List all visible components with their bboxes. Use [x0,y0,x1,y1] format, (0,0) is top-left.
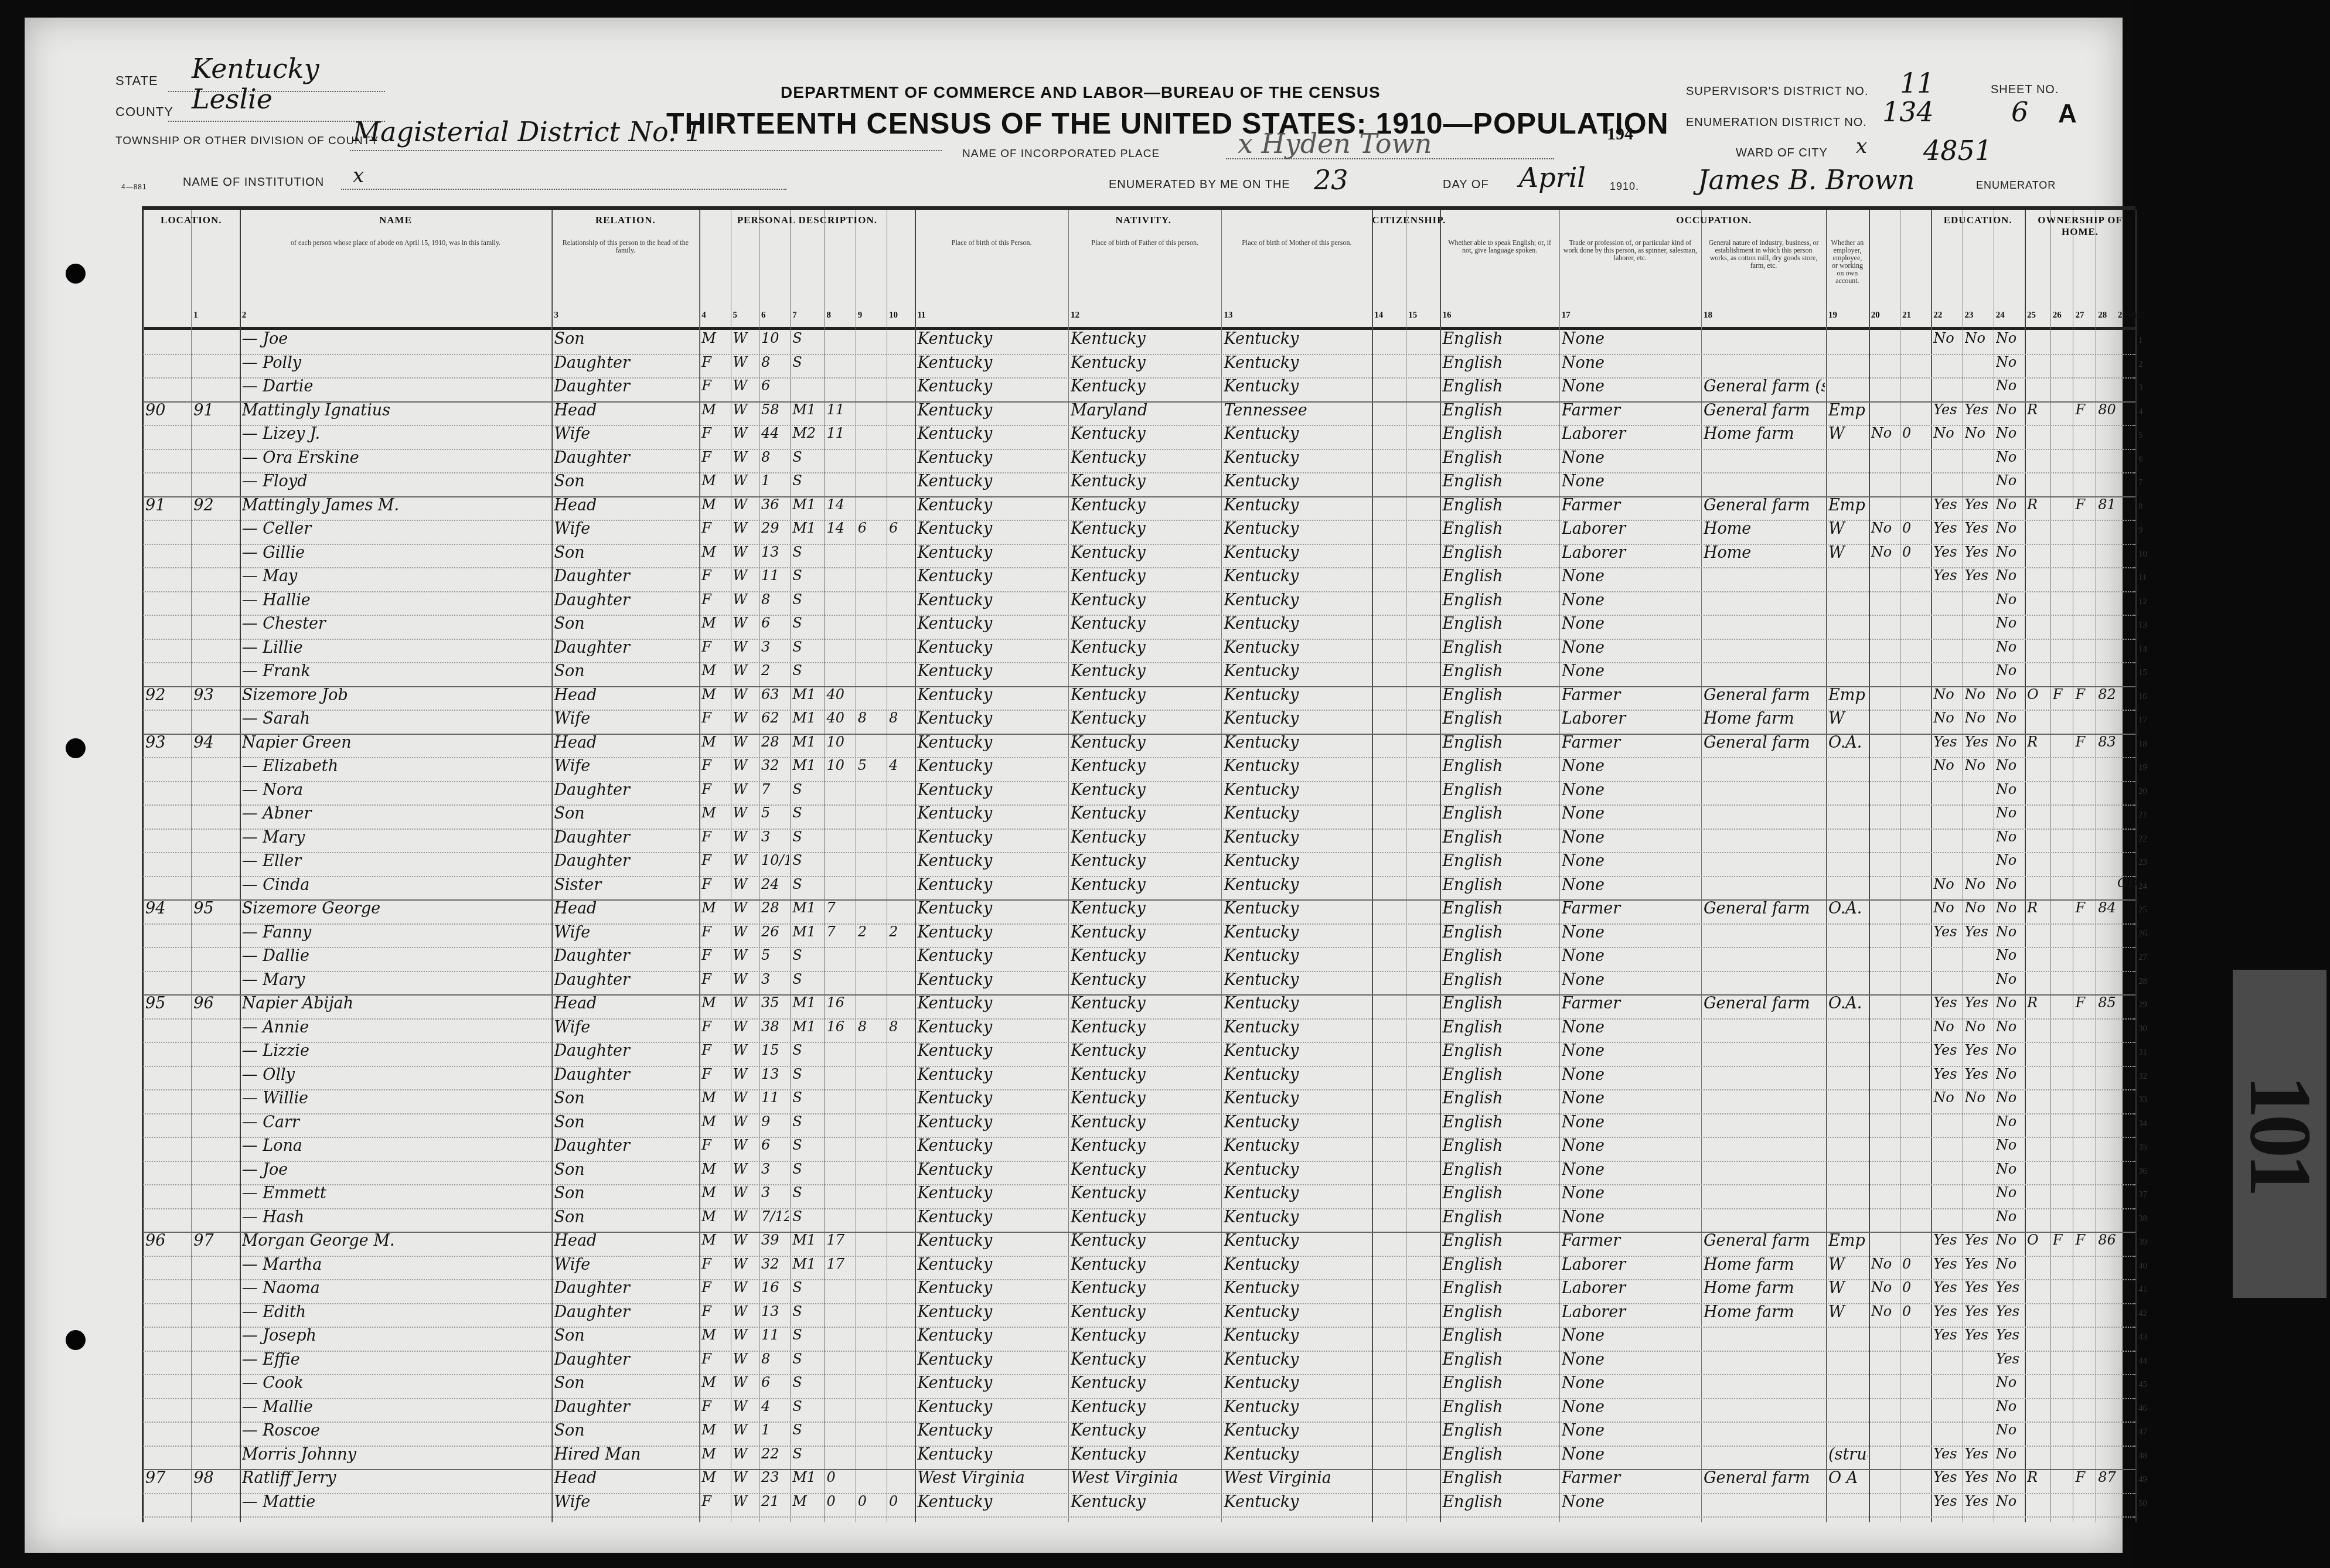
line-number: 8 [2138,502,2143,512]
cell-yrs [826,1374,854,1395]
line-number: 12 [2138,597,2147,607]
cell-c15 [1374,757,1405,778]
cell-c15 [1374,947,1405,968]
cell-sex: F [701,1066,729,1087]
form-code: 4—881 [121,183,147,191]
cell-race: W [733,1256,758,1277]
cell-c16 [1408,544,1439,565]
cell-yrs [826,1208,854,1229]
cell-emp: W [1828,1256,1868,1277]
cell-race: W [733,449,758,470]
cell-mar: S [792,1089,823,1110]
cell-c15 [1374,401,1405,422]
cell-rel: Head [554,401,698,422]
cell-farm [2075,947,2094,968]
cell-farm [2075,1279,2094,1300]
cell-sched: 84 [2098,899,2134,921]
line-number: 34 [2138,1119,2147,1129]
cell-sex: M [701,1208,729,1229]
cell-dw [145,567,190,588]
punch-hole [66,1330,86,1350]
cell-farm [2075,1208,2094,1229]
cell-free [2053,971,2072,992]
cell-sched [2098,1256,2134,1277]
cell-read [1933,639,1961,660]
cell-trade: None [1562,781,1700,802]
cell-school: No [1996,1493,2024,1514]
cell-born [858,615,885,636]
cell-born [858,1089,885,1110]
cell-c22 [1902,1089,1930,1110]
cell-write: Yes [1965,520,1992,541]
cell-dw [145,1089,190,1110]
cell-ind: General farm [1704,496,1825,517]
cell-own [2027,1137,2049,1158]
cell-emp [1828,923,1868,945]
cell-farm [2075,829,2094,850]
township-value: Magisterial District No. 1 [353,116,702,148]
cell-mar: S [792,1422,823,1443]
cell-sex: F [701,591,729,612]
cell-c16 [1408,1256,1439,1277]
cell-age: 15 [761,1042,789,1063]
cell-write [1965,1137,1992,1158]
cell-free [2053,994,2072,1015]
cell-name: — Cook [242,1374,551,1395]
cell-age: 6 [761,615,789,636]
cell-write: Yes [1965,994,1992,1015]
cell-school: No [1996,544,2024,565]
cell-c16 [1408,639,1439,660]
cell-c21 [1871,615,1899,636]
cell-trade: None [1562,1374,1700,1395]
cell-bm: Kentucky [1224,994,1371,1015]
table-row: 9798Ratliff JerryHeadMW23M10West Virgini… [143,1469,2135,1494]
cell-dw: 97 [145,1469,190,1490]
cell-c21 [1871,1184,1899,1205]
cell-c21 [1871,1066,1899,1087]
cell-school: No [1996,1066,2024,1087]
cell-sex: M [701,686,729,707]
cell-lang: English [1442,876,1558,897]
table-row: — AnnieWifeFW38M11688KentuckyKentuckyKen… [143,1018,2135,1044]
cell-born [858,1351,885,1372]
cell-fam [193,710,238,731]
cell-lang: English [1442,1184,1558,1205]
cell-c15 [1374,1446,1405,1467]
cell-bp: Kentucky [917,971,1067,992]
cell-bp: Kentucky [917,1208,1067,1229]
cell-c16 [1408,829,1439,850]
cell-ind [1704,1446,1825,1467]
cell-c15 [1374,1184,1405,1205]
cell-school: No [1996,994,2024,1015]
cell-c15 [1374,876,1405,897]
column-number: 24 [1996,311,2005,321]
cell-living [889,639,914,660]
line-number: 21 [2138,810,2147,820]
cell-rel: Son [554,1089,698,1110]
cell-age: 6 [761,377,789,398]
cell-dw [145,1208,190,1229]
cell-farm [2075,1089,2094,1110]
cell-own [2027,567,2049,588]
cell-race: W [733,1493,758,1514]
cell-c22 [1902,1469,1930,1490]
cell-trade: Farmer [1562,1469,1700,1490]
cell-sex: F [701,1279,729,1300]
line-number: 16 [2138,692,2147,702]
cell-race: W [733,472,758,493]
cell-lang: English [1442,1137,1558,1158]
cell-living: 4 [889,757,914,778]
cell-own: R [2027,401,2049,422]
cell-fam [193,449,238,470]
cell-read: No [1933,1018,1961,1039]
cell-lang: English [1442,472,1558,493]
cell-school: No [1996,1469,2024,1490]
cell-lang: English [1442,923,1558,945]
cell-race: W [733,899,758,921]
cell-school: No [1996,354,2024,375]
cell-born [858,1398,885,1419]
cell-bm: Kentucky [1224,734,1371,755]
cell-c21 [1871,899,1899,921]
cell-born [858,1113,885,1134]
cell-farm [2075,354,2094,375]
cell-trade: None [1562,805,1700,826]
cell-mar: S [792,330,823,351]
cell-read [1933,354,1961,375]
cell-trade: None [1562,1089,1700,1110]
line-number: 6 [2138,455,2143,465]
cell-rel: Head [554,496,698,517]
cell-sex: M [701,662,729,683]
cell-ind [1704,330,1825,351]
cell-c22 [1902,1398,1930,1419]
cell-name: — Effie [242,1351,551,1372]
cell-yrs [826,852,854,873]
cell-trade: None [1562,1208,1700,1229]
cell-own [2027,662,2049,683]
cell-read [1933,1137,1961,1158]
cell-name: Mattingly James M. [242,496,551,517]
sheet-number: 6 [2011,96,2028,128]
cell-c22 [1902,1066,1930,1087]
margin-note: 4851 [1923,135,1992,166]
cell-name: Sizemore George [242,899,551,921]
cell-c21 [1871,805,1899,826]
cell-born [858,1232,885,1253]
cell-dw [145,876,190,897]
cell-bf: West Virginia [1071,1469,1221,1490]
cell-born [858,639,885,660]
cell-emp [1828,1113,1868,1134]
cell-bp: West Virginia [917,1469,1067,1490]
column-number: 13 [1224,311,1232,321]
cell-lang: English [1442,734,1558,755]
cell-read [1933,1374,1961,1395]
cell-trade: None [1562,1398,1700,1419]
cell-bp: Kentucky [917,1018,1067,1039]
cell-lang: English [1442,805,1558,826]
table-row: — FrankSonMW2SKentuckyKentuckyKentuckyEn… [143,662,2135,687]
cell-c22 [1902,1327,1930,1348]
cell-farm [2075,1042,2094,1063]
cell-bf: Kentucky [1071,805,1221,826]
cell-emp: W [1828,1303,1868,1324]
cell-bf: Kentucky [1071,1374,1221,1395]
cell-bm: Kentucky [1224,1398,1371,1419]
table-row: — DartieDaughterFW6KentuckyKentuckyKentu… [143,377,2135,403]
cell-age: 3 [761,829,789,850]
cell-bp: Kentucky [917,899,1067,921]
cell-name: — Lizey J. [242,425,551,446]
cell-name: — Mallie [242,1398,551,1419]
table-row: — NaomaDaughterFW16SKentuckyKentuckyKent… [143,1279,2135,1304]
cell-write [1965,662,1992,683]
line-number: 4 [2138,407,2143,417]
cell-bf: Kentucky [1071,544,1221,565]
cell-bf: Kentucky [1071,639,1221,660]
cell-dw [145,1422,190,1443]
cell-free [2053,1208,2072,1229]
cell-free [2053,354,2072,375]
cell-sex: F [701,710,729,731]
cell-bp: Kentucky [917,781,1067,802]
cell-rel: Head [554,734,698,755]
column-number: 1 [193,311,198,321]
cell-name: — Hallie [242,591,551,612]
cell-sex: M [701,544,729,565]
cell-farm: F [2075,734,2094,755]
cell-bm: Kentucky [1224,1018,1371,1039]
cell-ind [1704,1018,1825,1039]
cell-name: — May [242,567,551,588]
cell-name: — Lillie [242,639,551,660]
cell-bp: Kentucky [917,1184,1067,1205]
cell-ind: General farm [1704,686,1825,707]
cell-c21 [1871,1469,1899,1490]
line-number: 46 [2138,1404,2147,1414]
cell-yrs: 16 [826,1018,854,1039]
cell-emp [1828,354,1868,375]
table-row: — CarrSonMW9SKentuckyKentuckyKentuckyEng… [143,1113,2135,1138]
cell-born [858,591,885,612]
cell-trade: Farmer [1562,686,1700,707]
cell-farm [2075,544,2094,565]
cell-sched [2098,710,2134,731]
cell-race: W [733,401,758,422]
cell-lang: English [1442,1351,1558,1372]
cell-bf: Kentucky [1071,1042,1221,1063]
cell-farm [2075,472,2094,493]
cell-write [1965,1398,1992,1419]
cell-c21 [1871,1113,1899,1134]
cell-c21 [1871,449,1899,470]
table-row: — RoscoeSonMW1SKentuckyKentuckyKentuckyE… [143,1422,2135,1447]
cell-sex: F [701,425,729,446]
department-heading: DEPARTMENT OF COMMERCE AND LABOR—BUREAU … [781,83,1381,102]
cell-sex: F [701,1256,729,1277]
cell-lang: English [1442,377,1558,398]
cell-read [1933,662,1961,683]
stamp-number: 194 [1607,124,1633,144]
cell-rel: Daughter [554,1279,698,1300]
cell-fam [193,1042,238,1063]
cell-race: W [733,1208,758,1229]
cell-farm [2075,591,2094,612]
cell-age: 3 [761,1184,789,1205]
cell-farm [2075,1184,2094,1205]
cell-rel: Son [554,615,698,636]
cell-read [1933,971,1961,992]
cell-trade: None [1562,1137,1700,1158]
cell-sched [2098,1113,2134,1134]
cell-fam: 96 [193,994,238,1015]
cell-bf: Kentucky [1071,1232,1221,1253]
cell-bf: Kentucky [1071,1208,1221,1229]
cell-mar: S [792,615,823,636]
cell-c16 [1408,1113,1439,1134]
cell-c15 [1374,1208,1405,1229]
cell-c16 [1408,876,1439,897]
cell-race: W [733,1351,758,1372]
cell-dw [145,1374,190,1395]
cell-sex: F [701,923,729,945]
table-row: — JosephSonMW11SKentuckyKentuckyKentucky… [143,1327,2135,1352]
column-number: 18 [1704,311,1712,321]
cell-living [889,662,914,683]
cell-c22: 0 [1902,1256,1930,1277]
cell-own [2027,1398,2049,1419]
cell-bm: Kentucky [1224,1161,1371,1182]
cell-c21 [1871,472,1899,493]
cell-born [858,472,885,493]
cell-mar: S [792,472,823,493]
column-group-title: RELATION. [551,214,699,226]
cell-dw [145,1446,190,1467]
cell-yrs: 10 [826,757,854,778]
cell-living [889,1256,914,1277]
cell-rel: Head [554,1469,698,1490]
line-number: 14 [2138,645,2147,655]
cell-free [2053,829,2072,850]
cell-mar: S [792,1398,823,1419]
cell-rel: Son [554,544,698,565]
cell-c22 [1902,899,1930,921]
column-number: 29 [2118,311,2127,321]
cell-bm: Kentucky [1224,829,1371,850]
cell-free: F [2053,686,2072,707]
cell-lang: English [1442,425,1558,446]
cell-living [889,496,914,517]
column-number: 6 [761,311,766,321]
cell-sched [2098,852,2134,873]
cell-sched: 81 [2098,496,2134,517]
cell-mar: S [792,805,823,826]
cell-dw [145,1161,190,1182]
cell-race: W [733,1469,758,1490]
table-row: 9293Sizemore JobHeadMW63M140KentuckyKent… [143,686,2135,711]
line-number: 26 [2138,929,2147,939]
cell-c15 [1374,805,1405,826]
cell-trade: None [1562,1493,1700,1514]
cell-yrs [826,354,854,375]
cell-c22 [1902,662,1930,683]
cell-race: W [733,734,758,755]
cell-ind [1704,1137,1825,1158]
cell-mar: M1 [792,1256,823,1277]
cell-lang: English [1442,947,1558,968]
cell-age: 11 [761,1327,789,1348]
cell-living [889,1208,914,1229]
cell-c15 [1374,354,1405,375]
cell-age: 28 [761,734,789,755]
cell-read [1933,805,1961,826]
line-number: 11 [2138,573,2147,583]
cell-c16 [1408,425,1439,446]
cell-c21 [1871,852,1899,873]
cell-mar: S [792,1042,823,1063]
cell-fam [193,1184,238,1205]
cell-c15 [1374,1137,1405,1158]
column-group-title: EDUCATION. [1931,214,2025,226]
cell-living [889,1398,914,1419]
line-number: 42 [2138,1309,2147,1319]
cell-name: — Naoma [242,1279,551,1300]
cell-school: No [1996,377,2024,398]
cell-read: Yes [1933,1232,1961,1253]
cell-c16 [1408,1374,1439,1395]
cell-age: 11 [761,1089,789,1110]
cell-read: Yes [1933,520,1961,541]
cell-race: W [733,1066,758,1087]
cell-write [1965,805,1992,826]
cell-yrs [826,330,854,351]
cell-trade: None [1562,923,1700,945]
cell-c15 [1374,1351,1405,1372]
cell-c16 [1408,923,1439,945]
cell-living [889,852,914,873]
cell-emp: O.A. [1828,899,1868,921]
cell-mar: S [792,1066,823,1087]
cell-c22 [1902,1232,1930,1253]
table-row: — CellerWifeFW29M11466KentuckyKentuckyKe… [143,520,2135,545]
cell-bp: Kentucky [917,496,1067,517]
cell-rel: Son [554,805,698,826]
cell-dw [145,544,190,565]
cell-c22: 0 [1902,520,1930,541]
cell-write: No [1965,330,1992,351]
cell-trade: None [1562,1422,1700,1443]
cell-own [2027,449,2049,470]
cell-free [2053,1089,2072,1110]
cell-bm: Kentucky [1224,354,1371,375]
cell-living [889,1184,914,1205]
cell-mar: M1 [792,1469,823,1490]
cell-bm: Tennessee [1224,401,1371,422]
cell-fam [193,520,238,541]
line-number: 39 [2138,1238,2147,1247]
cell-farm [2075,662,2094,683]
table-row: 9495Sizemore GeorgeHeadMW28M17KentuckyKe… [143,899,2135,925]
cell-bm: Kentucky [1224,1232,1371,1253]
cell-dw [145,971,190,992]
cell-age: 6 [761,1374,789,1395]
cell-c15 [1374,496,1405,517]
cell-mar: M1 [792,686,823,707]
